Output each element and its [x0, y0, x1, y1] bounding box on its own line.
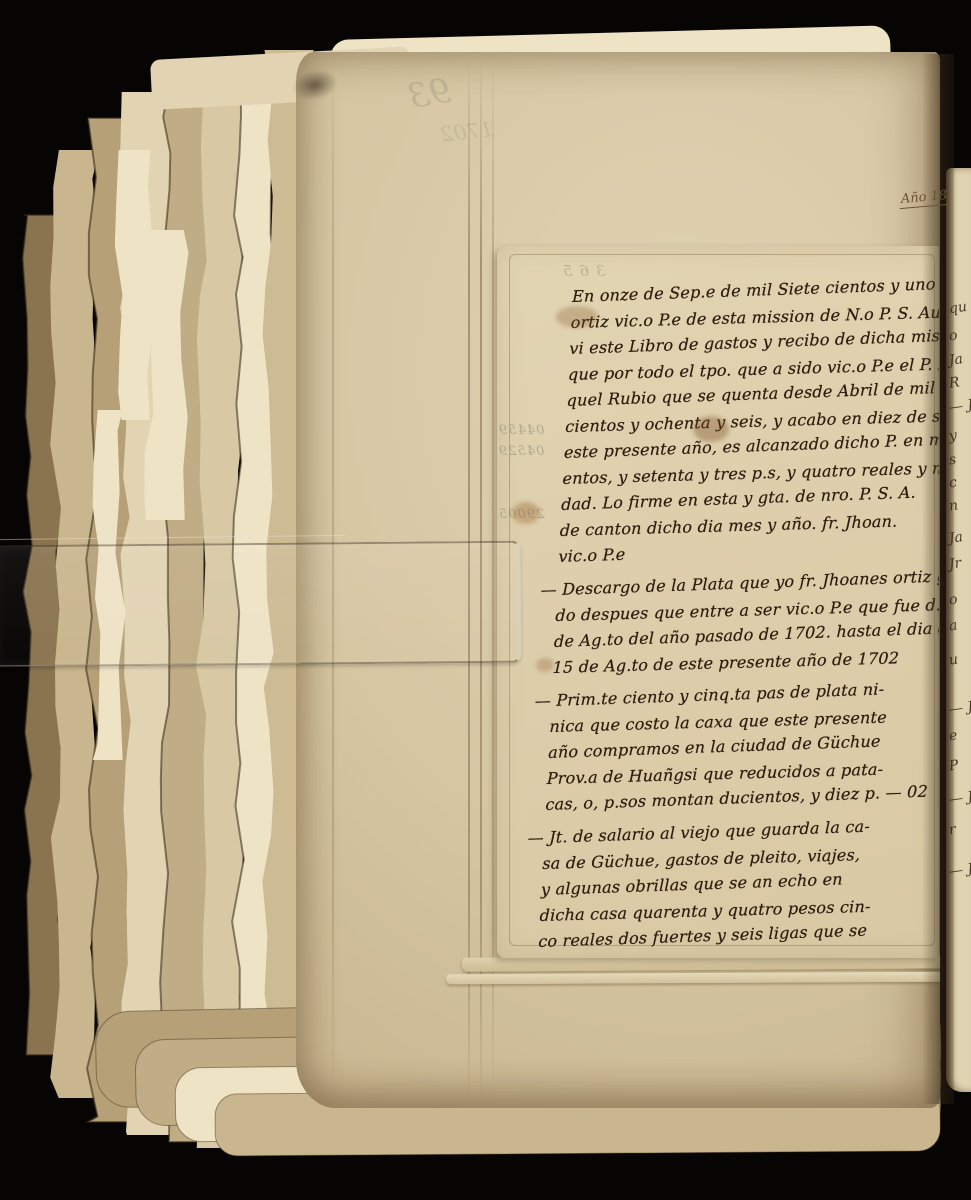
facing-page-text-fragment: s: [948, 452, 957, 469]
facing-page-text-fragment: n: [948, 497, 959, 514]
manuscript-text: En onze de Sep.e de mil Siete cientos y …: [537, 284, 939, 958]
facing-page-text-fragment: o: [948, 591, 959, 608]
facing-page-text-fragment: r: [948, 822, 957, 839]
manuscript-paragraph: — Prim.te ciento y cinq.ta pas de plata …: [545, 688, 932, 818]
facing-page-text-fragment: Jr: [948, 555, 962, 573]
facing-page-text-fragment: Ja: [948, 529, 964, 547]
facing-page-text-fragment: — Jt: [948, 860, 971, 880]
facing-page-text-fragment: R: [948, 374, 961, 391]
facing-page-text-fragment: — Jt: [948, 788, 971, 808]
facing-page-text-fragment: a: [948, 617, 959, 634]
manuscript-paragraph: En onze de Sep.e de mil Siete cientos y …: [558, 284, 939, 570]
manuscript-photo: quoJaR— JtyscnJaJroau— JteP— Jtr— Jt En …: [0, 0, 971, 1200]
facing-page-text-fragment: u: [948, 651, 959, 668]
manuscript-paragraph: — Jt. de salario al viejo que guarda la …: [538, 825, 925, 955]
facing-page-text-fragment: o: [948, 327, 959, 344]
facing-page-text-fragment: P: [948, 757, 960, 774]
facing-page-text-fragment: Ja: [948, 351, 964, 369]
facing-page-text-fragment: — Jt: [948, 396, 971, 416]
manuscript-paragraph: — Descargo de la Plata que yo fr. Jhoane…: [552, 577, 937, 681]
glass-weight-strip: [0, 541, 522, 668]
facing-page-text-fragment: e: [948, 728, 958, 745]
facing-page-text-fragment: y: [948, 428, 958, 445]
facing-page-text-fragment: c: [948, 475, 958, 492]
facing-page-text-fragment: — Jt: [948, 698, 971, 718]
manuscript-leaf: En onze de Sep.e de mil Siete cientos y …: [497, 246, 939, 958]
facing-page-text-fragment: qu: [948, 299, 968, 317]
facing-page-sliver: quoJaR— JtyscnJaJroau— JteP— Jtr— Jt: [946, 168, 971, 1092]
